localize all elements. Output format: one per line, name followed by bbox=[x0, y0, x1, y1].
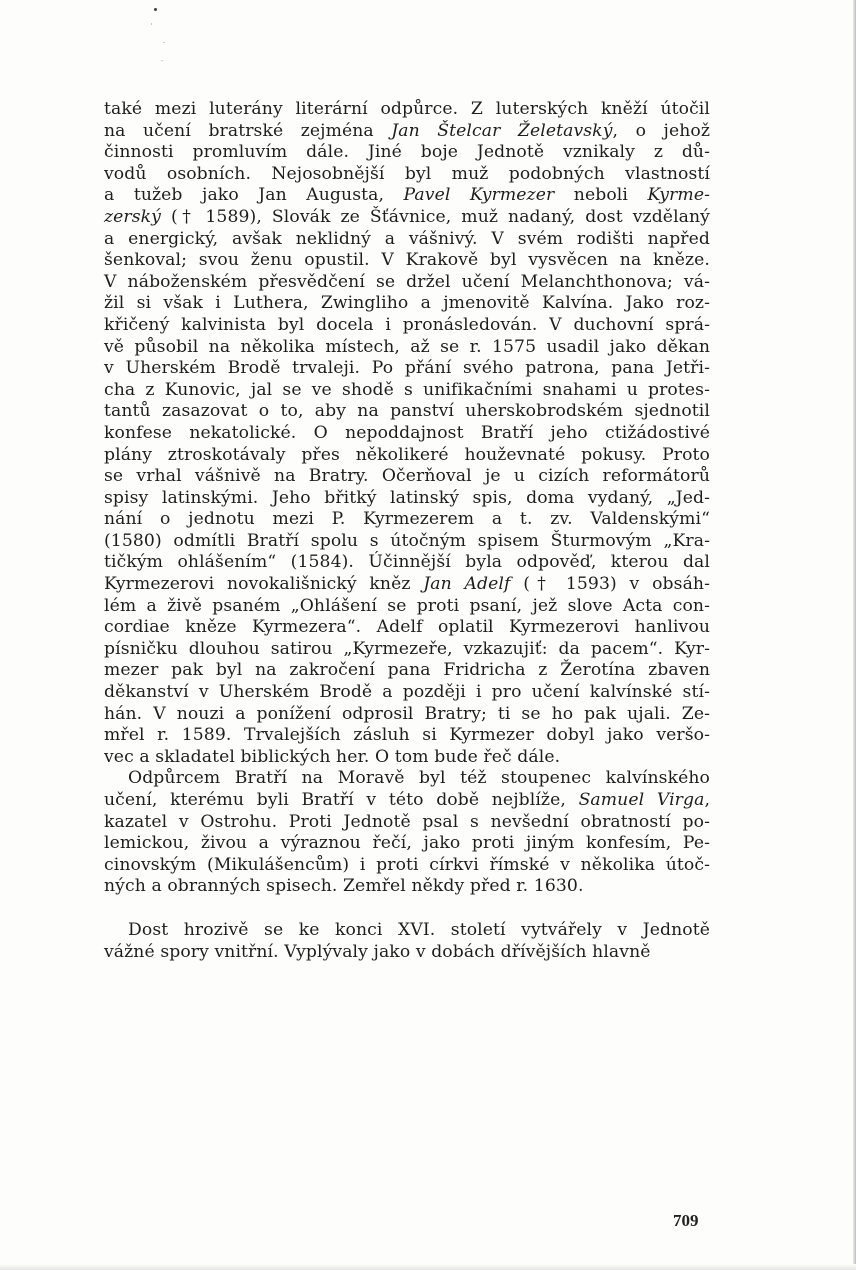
text-run: lém a živě psaném „Ohlášení se proti psa… bbox=[104, 596, 710, 616]
italic-name: Jan Štelcar Želetavský bbox=[391, 121, 612, 141]
text-line: a energický, avšak neklidný a vášnivý. V… bbox=[104, 229, 710, 251]
text-line: cordiae kněze Kyrmezera“. Adelf oplatil … bbox=[104, 617, 710, 639]
text-run: písničku dlouhou satirou „Kyrmezeře, vzk… bbox=[104, 639, 710, 659]
text-run: cinovským (Mikulášencům) i proti církvi … bbox=[104, 855, 710, 875]
italic-name: Jan Adelf bbox=[423, 574, 510, 594]
text-run: cordiae kněze Kyrmezera“. Adelf oplatil … bbox=[104, 617, 710, 637]
text-line: také mezi luterány literární odpůrce. Z … bbox=[104, 99, 710, 121]
text-line: tantů zasazovat o to, aby na panství uhe… bbox=[104, 401, 710, 423]
text-line: nání o jednotu mezi P. Kyrmezerem a t. z… bbox=[104, 509, 710, 531]
text-run: šenkoval; svou ženu opustil. V Krakově b… bbox=[104, 250, 710, 270]
text-run: ných a obranných spisech. Zemřel někdy p… bbox=[104, 876, 584, 896]
text-line: se vrhal vášnivě na Bratry. Očerňoval je… bbox=[104, 466, 710, 488]
text-run: v Uherském Brodě trvaleji. Po přání svéh… bbox=[104, 358, 710, 378]
paragraph-virga: Odpůrcem Bratří na Moravě byl též stoupe… bbox=[104, 768, 710, 898]
page-bottom-shadow bbox=[0, 1264, 856, 1270]
text-run: děkanství v Uherském Brodě a později i p… bbox=[104, 682, 710, 702]
text-run: mřel r. 1589. Trvalejších zásluh si Kyrm… bbox=[104, 725, 710, 745]
text-line: vodů osobních. Nejosobnější byl muž podo… bbox=[104, 164, 710, 186]
text-run: , bbox=[704, 790, 710, 810]
text-line: cha z Kunovic, jal se ve shodě s unifika… bbox=[104, 380, 710, 402]
text-run: Dost hrozivě se ke konci XVI. století vy… bbox=[128, 920, 710, 940]
text-run: († 1593) v obsáh- bbox=[510, 574, 710, 594]
text-line: vě působil na několika místech, až se r.… bbox=[104, 337, 710, 359]
text-run: Kyrmezerovi novokališnický kněz bbox=[104, 574, 423, 594]
text-run: se vrhal vášnivě na Bratry. Očerňoval je… bbox=[104, 466, 710, 486]
text-line: hán. V nouzi a ponížení odprosil Bratry;… bbox=[104, 704, 710, 726]
text-line: písničku dlouhou satirou „Kyrmezeře, vzk… bbox=[104, 639, 710, 661]
paragraph-gap bbox=[104, 898, 710, 920]
scan-speck bbox=[161, 60, 163, 61]
text-line: V náboženském přesvědčení se držel učení… bbox=[104, 272, 710, 294]
text-line: mezer pak byl na zakročení pana Fridrich… bbox=[104, 660, 710, 682]
text-line: kazatel v Ostrohu. Proti Jednotě psal s … bbox=[104, 812, 710, 834]
paragraph-internal-disputes: Dost hrozivě se ke konci XVI. století vy… bbox=[104, 920, 710, 963]
text-run: mezer pak byl na zakročení pana Fridrich… bbox=[104, 660, 710, 680]
text-run: na učení bratrské zejména bbox=[104, 121, 391, 141]
text-line: Dost hrozivě se ke konci XVI. století vy… bbox=[104, 920, 710, 942]
text-run: žil si však i Luthera, Zwingliho a jmeno… bbox=[104, 293, 710, 313]
text-run: a tužeb jako Jan Augusta, bbox=[104, 185, 404, 205]
text-line: vážné spory vnitřní. Vyplývaly jako v do… bbox=[104, 942, 710, 964]
text-run: nání o jednotu mezi P. Kyrmezerem a t. z… bbox=[104, 509, 710, 529]
text-line: a tužeb jako Jan Augusta, Pavel Kyrmezer… bbox=[104, 185, 710, 207]
text-line: lém a živě psaném „Ohlášení se proti psa… bbox=[104, 596, 710, 618]
text-run: lemickou, živou a výraznou řečí, jako pr… bbox=[104, 833, 710, 853]
text-run: neboli bbox=[554, 185, 647, 205]
text-line: mřel r. 1589. Trvalejších zásluh si Kyrm… bbox=[104, 725, 710, 747]
text-line: vec a skladatel biblických her. O tom bu… bbox=[104, 747, 710, 769]
text-run: spisy latinskými. Jeho břitký latinský s… bbox=[104, 488, 710, 508]
page-number: 709 bbox=[673, 1211, 699, 1231]
text-line: plány ztroskotávaly přes několikeré houž… bbox=[104, 445, 710, 467]
text-line: lemickou, živou a výraznou řečí, jako pr… bbox=[104, 833, 710, 855]
text-line: konfese nekatolické. O nepoddajnost Brat… bbox=[104, 423, 710, 445]
text-run: , o jehož bbox=[613, 121, 710, 141]
text-run: kazatel v Ostrohu. Proti Jednotě psal s … bbox=[104, 812, 710, 832]
text-line: na učení bratrské zejména Jan Štelcar Že… bbox=[104, 121, 710, 143]
text-run: a energický, avšak neklidný a vášnivý. V… bbox=[104, 229, 710, 249]
scan-speck bbox=[151, 23, 152, 25]
text-run: tičkým ohlášením“ (1584). Účinnější byla… bbox=[104, 552, 710, 572]
text-line: šenkoval; svou ženu opustil. V Krakově b… bbox=[104, 250, 710, 272]
text-line: ných a obranných spisech. Zemřel někdy p… bbox=[104, 876, 710, 898]
text-run: hán. V nouzi a ponížení odprosil Bratry;… bbox=[104, 704, 710, 724]
text-run: († 1589), Slovák ze Šťávnice, muž nadaný… bbox=[161, 207, 710, 227]
scan-speck bbox=[163, 42, 165, 43]
text-line: cinovským (Mikulášencům) i proti církvi … bbox=[104, 855, 710, 877]
text-run: učení, kterému byli Bratří v této době n… bbox=[104, 790, 579, 810]
text-line: činnosti promluvím dále. Jiné boje Jedno… bbox=[104, 142, 710, 164]
text-line: učení, kterému byli Bratří v této době n… bbox=[104, 790, 710, 812]
text-run: plány ztroskotávaly přes několikeré houž… bbox=[104, 445, 710, 465]
text-line: křičený kalvinista byl docela i pronásle… bbox=[104, 315, 710, 337]
text-run: vě působil na několika místech, až se r.… bbox=[104, 337, 710, 357]
text-line: Kyrmezerovi novokališnický kněz Jan Adel… bbox=[104, 574, 710, 596]
text-run: také mezi luterány literární odpůrce. Z … bbox=[104, 99, 710, 119]
text-line: spisy latinskými. Jeho břitký latinský s… bbox=[104, 488, 710, 510]
text-run: (1580) odmítli Bratří spolu s útočným sp… bbox=[104, 531, 710, 551]
text-run: křičený kalvinista byl docela i pronásle… bbox=[104, 315, 710, 335]
italic-name: Kyrme- bbox=[647, 185, 710, 205]
italic-name: zerský bbox=[104, 207, 161, 227]
text-line: Odpůrcem Bratří na Moravě byl též stoupe… bbox=[104, 768, 710, 790]
italic-name: Pavel Kyrmezer bbox=[404, 185, 555, 205]
paragraph-kyrmezer: také mezi luterány literární odpůrce. Z … bbox=[104, 99, 710, 768]
text-run: vec a skladatel biblických her. O tom bu… bbox=[104, 747, 560, 767]
text-run: Odpůrcem Bratří na Moravě byl též stoupe… bbox=[128, 768, 710, 788]
text-run: V náboženském přesvědčení se držel učení… bbox=[104, 272, 710, 292]
text-line: žil si však i Luthera, Zwingliho a jmeno… bbox=[104, 293, 710, 315]
text-line: děkanství v Uherském Brodě a později i p… bbox=[104, 682, 710, 704]
scan-speck bbox=[154, 8, 157, 11]
text-line: (1580) odmítli Bratří spolu s útočným sp… bbox=[104, 531, 710, 553]
text-run: cha z Kunovic, jal se ve shodě s unifika… bbox=[104, 380, 710, 400]
text-line: v Uherském Brodě trvaleji. Po přání svéh… bbox=[104, 358, 710, 380]
text-run: tantů zasazovat o to, aby na panství uhe… bbox=[104, 401, 710, 421]
text-run: vodů osobních. Nejosobnější byl muž podo… bbox=[104, 164, 710, 184]
text-run: vážné spory vnitřní. Vyplývaly jako v do… bbox=[104, 942, 651, 962]
text-line: zerský († 1589), Slovák ze Šťávnice, muž… bbox=[104, 207, 710, 229]
text-line: tičkým ohlášením“ (1584). Účinnější byla… bbox=[104, 552, 710, 574]
text-run: konfese nekatolické. O nepoddajnost Brat… bbox=[104, 423, 710, 443]
page-body: také mezi luterány literární odpůrce. Z … bbox=[104, 99, 710, 963]
text-run: činnosti promluvím dále. Jiné boje Jedno… bbox=[104, 142, 710, 162]
italic-name: Samuel Virga bbox=[579, 790, 705, 810]
